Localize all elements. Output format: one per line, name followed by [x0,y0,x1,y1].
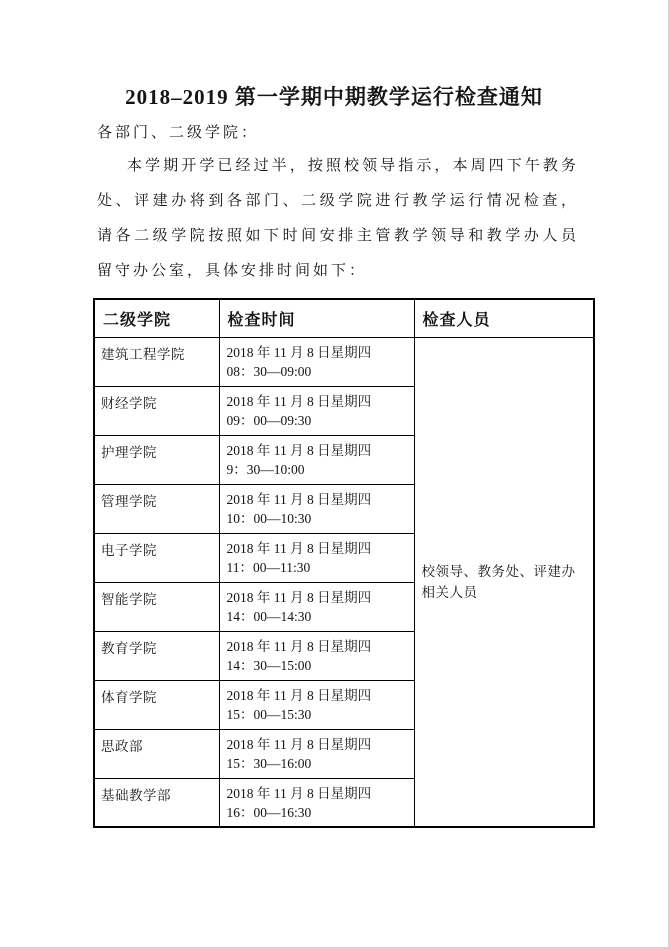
check-time-line: 15：30—16:00 [227,754,410,773]
college-name: 体育学院 [94,680,219,729]
inspection-schedule-table: 二级学院 检查时间 检查人员 建筑工程学院 2018 年 11 月 8 日星期四… [93,298,595,828]
salutation: 各部门、二级学院： [97,122,574,144]
check-date-line: 2018 年 11 月 8 日星期四 [227,490,410,509]
check-date-line: 2018 年 11 月 8 日星期四 [227,441,410,460]
page-title: 2018–2019 第一学期中期教学运行检查通知 [0,84,668,110]
college-name: 思政部 [94,729,219,778]
column-header-college: 二级学院 [94,299,219,337]
check-time-line: 16：00—16:30 [227,803,410,822]
table-header-row: 二级学院 检查时间 检查人员 [94,299,594,337]
college-name: 管理学院 [94,484,219,533]
check-date-line: 2018 年 11 月 8 日星期四 [227,686,410,705]
college-name: 智能学院 [94,582,219,631]
column-header-check-personnel: 检查人员 [414,299,594,337]
check-time: 2018 年 11 月 8 日星期四 14：30—15:00 [219,631,414,680]
college-name: 建筑工程学院 [94,337,219,386]
check-time-line: 14：30—15:00 [227,656,410,675]
check-time: 2018 年 11 月 8 日星期四 11：00—11:30 [219,533,414,582]
check-time-line: 15：00—15:30 [227,705,410,724]
check-time: 2018 年 11 月 8 日星期四 08：30—09:00 [219,337,414,386]
check-time-line: 14：00—14:30 [227,607,410,626]
document-page: 2018–2019 第一学期中期教学运行检查通知 各部门、二级学院： 本学期开学… [0,0,670,949]
college-name: 基础教学部 [94,778,219,827]
check-time-line: 08：30—09:00 [227,362,410,381]
college-name: 财经学院 [94,386,219,435]
check-time: 2018 年 11 月 8 日星期四 15：00—15:30 [219,680,414,729]
check-time-line: 10：00—10:30 [227,509,410,528]
column-header-check-time: 检查时间 [219,299,414,337]
body-paragraph: 本学期开学已经过半，按照校领导指示，本周四下午教务处、评建办将到各部门、二级学院… [97,149,579,289]
check-time-line: 09：00—09:30 [227,411,410,430]
check-time: 2018 年 11 月 8 日星期四 10：00—10:30 [219,484,414,533]
check-date-line: 2018 年 11 月 8 日星期四 [227,588,410,607]
check-date-line: 2018 年 11 月 8 日星期四 [227,784,410,803]
check-date-line: 2018 年 11 月 8 日星期四 [227,392,410,411]
check-time-line: 11：00—11:30 [227,558,410,577]
check-date-line: 2018 年 11 月 8 日星期四 [227,539,410,558]
check-date-line: 2018 年 11 月 8 日星期四 [227,343,410,362]
check-date-line: 2018 年 11 月 8 日星期四 [227,735,410,754]
inspectors-merged-cell: 校领导、教务处、评建办相关人员 [414,337,594,827]
check-time: 2018 年 11 月 8 日星期四 14：00—14:30 [219,582,414,631]
check-time: 2018 年 11 月 8 日星期四 16：00—16:30 [219,778,414,827]
college-name: 教育学院 [94,631,219,680]
check-time: 2018 年 11 月 8 日星期四 09：00—09:30 [219,386,414,435]
check-time-line: 9：30—10:00 [227,460,410,479]
check-time: 2018 年 11 月 8 日星期四 9：30—10:00 [219,435,414,484]
college-name: 护理学院 [94,435,219,484]
college-name: 电子学院 [94,533,219,582]
check-time: 2018 年 11 月 8 日星期四 15：30—16:00 [219,729,414,778]
table-row: 建筑工程学院 2018 年 11 月 8 日星期四 08：30—09:00 校领… [94,337,594,386]
check-date-line: 2018 年 11 月 8 日星期四 [227,637,410,656]
